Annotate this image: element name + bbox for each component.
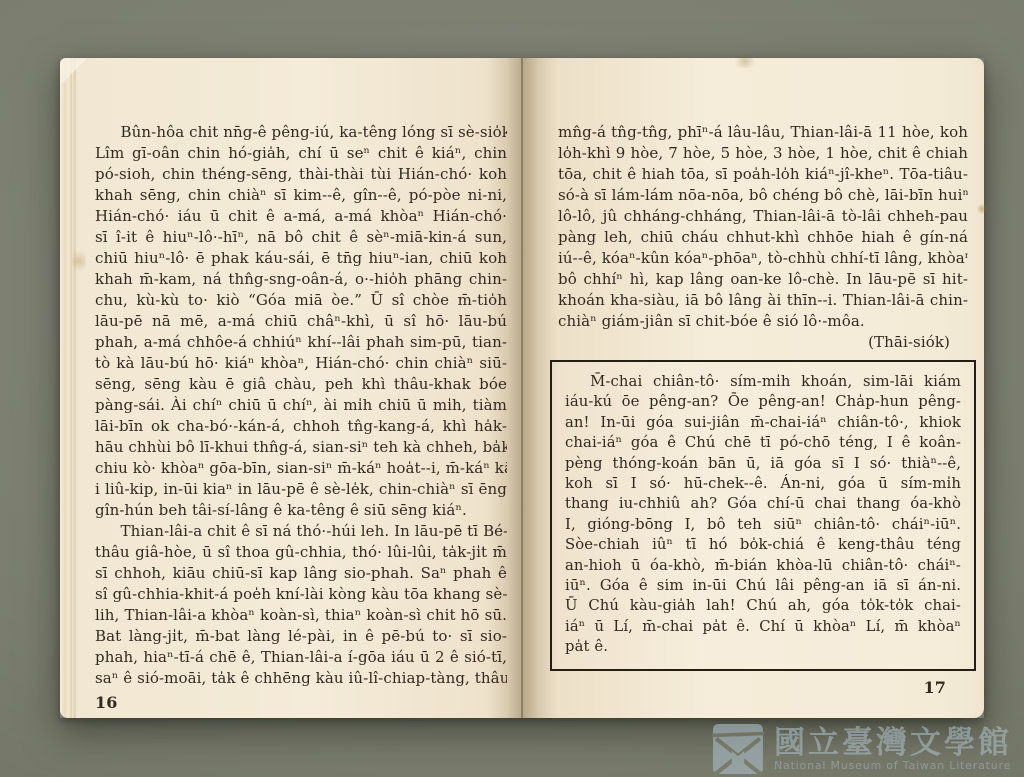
text-line: gîn-hún beh tâi-sí-lâng ê ka-têng ê siū … — [95, 500, 507, 521]
left-page-text: Bûn-hôa chit nn̄g-ê pêng-iú, ka-têng lón… — [95, 122, 507, 713]
text-line: lo̍h-khì 9 hòe, 7 hòe, 5 hòe, 3 hòe, 1 h… — [558, 143, 968, 164]
text-line: thâu giâ-hòe, ū sî thoa gû-chhia, thó· l… — [95, 542, 507, 563]
text-line: sī chhoh, kiāu chiū-sī kap lâng sio-phah… — [95, 563, 507, 584]
text-line: i liû-kip, in-ūi kiaⁿ in lāu-pē ê sè-le̍… — [95, 479, 507, 500]
text-line: iūⁿ. Góa ê sim in-ūi Chú lâi pêng-an iā … — [565, 576, 961, 596]
text-line: Ū Chú kàu-gia̍h lah! Chú ah, góa to̍k-to… — [565, 596, 961, 616]
page-corner-fold — [60, 58, 86, 92]
text-line: I, gióng-bōng I, bô teh siūⁿ chiân-tô· c… — [565, 515, 961, 535]
text-line: chai-iáⁿ góa ê Chú chē tī pó-chō téng, I… — [565, 433, 961, 453]
text-line: pa̍t ê. — [565, 637, 961, 657]
text-line: lô-lô, jû chháng-chháng, Thian-lâi-ā tò-… — [558, 206, 968, 227]
text-line: lāi-bīn ok cha-bó·-kán-á, chhoh tn̂g-kan… — [95, 416, 507, 437]
text-line: lih, Thian-lâi-a khòaⁿ koàn-sì, thiaⁿ ko… — [95, 605, 507, 626]
book-gutter — [521, 58, 523, 718]
text-line: Lîm gī-oân chin hó-gia̍h, chí ū seⁿ chit… — [95, 143, 507, 164]
text-line: an! In-ūi góa sui-jiân m̄-chai-iáⁿ chiân… — [565, 413, 961, 433]
text-line: Sòe-chiah iûⁿ tī hó bo̍k-chiá ê keng-thâ… — [565, 535, 961, 555]
text-line: khah sēng, chin chiàⁿ sī kim--ê, gîn--ê,… — [95, 185, 507, 206]
text-line: saⁿ ê sió-moāi, ta̍k ê chhēng kàu iû-lî-… — [95, 668, 507, 689]
text-line: Hián-chó· iáu ū chit ê a-má, a-má khòaⁿ … — [95, 206, 507, 227]
page-number-16: 16 — [95, 692, 507, 713]
paragraph: Thian-lâi-a chit ê sī ná thó·-húi leh. I… — [95, 521, 507, 689]
text-line: pàng leh, chiū cháu chhut-khì chhōe hiah… — [558, 227, 968, 248]
text-line: chiū hiuⁿ-lô· ē phak káu-sái, ē tn̄g hiu… — [95, 248, 507, 269]
text-line: sî gû-chhia-khit-á poe̍h kní-lài kòng kà… — [95, 584, 507, 605]
open-book: Bûn-hôa chit nn̄g-ê pêng-iú, ka-têng lón… — [60, 58, 984, 718]
photo-background: Bûn-hôa chit nn̄g-ê pêng-iú, ka-têng lón… — [0, 0, 1024, 777]
text-line: phah, hiaⁿ-tī-á chē ê, Thian-lâi-a í-gōa… — [95, 647, 507, 668]
text-line: chiàⁿ giám-jiân sī chit-bóe ê sió lô·-mô… — [558, 311, 968, 332]
text-line: iáⁿ ū Lí, m̄-chai pa̍t ê. Chí ū khòaⁿ Lí… — [565, 617, 961, 637]
museum-title-zh: 國立臺灣文學館 — [774, 728, 1012, 759]
attribution-line: (Thāi-siók) — [558, 332, 968, 353]
paragraph: Bûn-hôa chit nn̄g-ê pêng-iú, ka-têng lón… — [95, 122, 507, 521]
text-line: koh sī I só· hū-chek--ê. Án-ni, góa ū sí… — [565, 474, 961, 494]
museum-watermark-text: 國立臺灣文學館 National Museum of Taiwan Litera… — [774, 728, 1012, 771]
text-line: Bat làng-ji̍t, m̄-bat làng lé-pài, in ê … — [95, 626, 507, 647]
book-page-left: Bûn-hôa chit nn̄g-ê pêng-iú, ka-têng lón… — [60, 58, 522, 718]
text-line: M̄-chai chiân-tô· sím-mi̍h khoán, sim-lā… — [565, 372, 961, 392]
right-page-text: mn̂g-á tn̂g-tn̂g, phīⁿ-á lâu-lâu, Thian-… — [558, 122, 968, 698]
text-line: tōa, chit ê hiah tōa, sī poa̍h-lo̍h kiáⁿ… — [558, 164, 968, 185]
text-line: lāu-pē nā mē, a-má chiū châⁿ-khì, ū sî h… — [95, 311, 507, 332]
museum-title-en: National Museum of Taiwan Literature — [774, 760, 1012, 771]
foxing-stain — [977, 203, 987, 215]
museum-watermark: 國立臺灣文學館 National Museum of Taiwan Litera… — [712, 723, 1012, 775]
text-line: iú--ê, kóaⁿ-kûn kóaⁿ-phōaⁿ, tò-chhù chhí… — [558, 248, 968, 269]
museum-logo-icon — [712, 723, 764, 775]
text-line: sī î-it ê hiuⁿ-lô·-hīⁿ, nā bô chit ê sèⁿ… — [95, 227, 507, 248]
text-line: an-hioh ū óa-khò, m̄-bián khòa-lū chiân-… — [565, 556, 961, 576]
text-line: tò kà lāu-bú hō· kiáⁿ khòaⁿ, Hián-chó· c… — [95, 353, 507, 374]
text-line: pó-sioh, chin théng-sēng, thài-thài tùi … — [95, 164, 507, 185]
text-line: Thian-lâi-a chit ê sī ná thó·-húi leh. I… — [95, 521, 507, 542]
page-number-17: 17 — [558, 677, 968, 698]
text-line: bô chhíⁿ hì, kap lâng oan-ke lô-chè. In … — [558, 269, 968, 290]
text-line: sēng, sēng kàu ē giâ chàu, peh khì thâu-… — [95, 374, 507, 395]
text-line: pàng-sái. Ài chíⁿ chiū ū chíⁿ, ài mi̍h c… — [95, 395, 507, 416]
text-line: chu, kù-kù to· kiò “Góa miā òe.” Ū sî ch… — [95, 290, 507, 311]
text-line: chiu kò· khòaⁿ gōa-bīn, sian-siⁿ m̄-káⁿ … — [95, 458, 507, 479]
framed-verse-box: M̄-chai chiân-tô· sím-mi̍h khoán, sim-lā… — [550, 360, 976, 671]
text-line: khah m̄-kam, ná thn̂g-sng-oân-á, o·-hio̍… — [95, 269, 507, 290]
text-line: hāu chhùi bô lī-khui thn̂g-á, sian-siⁿ t… — [95, 437, 507, 458]
text-line: mn̂g-á tn̂g-tn̂g, phīⁿ-á lâu-lâu, Thian-… — [558, 122, 968, 143]
text-line: khoán kha-siàu, iā bô lâng ài thīn--i. T… — [558, 290, 968, 311]
paragraph: mn̂g-á tn̂g-tn̂g, phīⁿ-á lâu-lâu, Thian-… — [558, 122, 968, 332]
foxing-stain — [732, 54, 758, 68]
text-line: pèng thóng-koán bān ū, iā góa sī I só· t… — [565, 454, 961, 474]
book-page-right: mn̂g-á tn̂g-tn̂g, phīⁿ-á lâu-lâu, Thian-… — [522, 58, 984, 718]
text-line: thang iu-chhiû ah? Góa chí-ū chai thang … — [565, 494, 961, 514]
text-line: Bûn-hôa chit nn̄g-ê pêng-iú, ka-têng lón… — [95, 122, 507, 143]
foxing-stain — [72, 248, 86, 274]
text-line: iáu-kú ōe pêng-an? Ōe pêng-an! Cha̍p-hun… — [565, 392, 961, 412]
text-line: só-à sī lám-lám nōa-nōa, bô chéng bô chè… — [558, 185, 968, 206]
text-line: phah, a-má chhôe-á chhiúⁿ khí--lâi phah … — [95, 332, 507, 353]
